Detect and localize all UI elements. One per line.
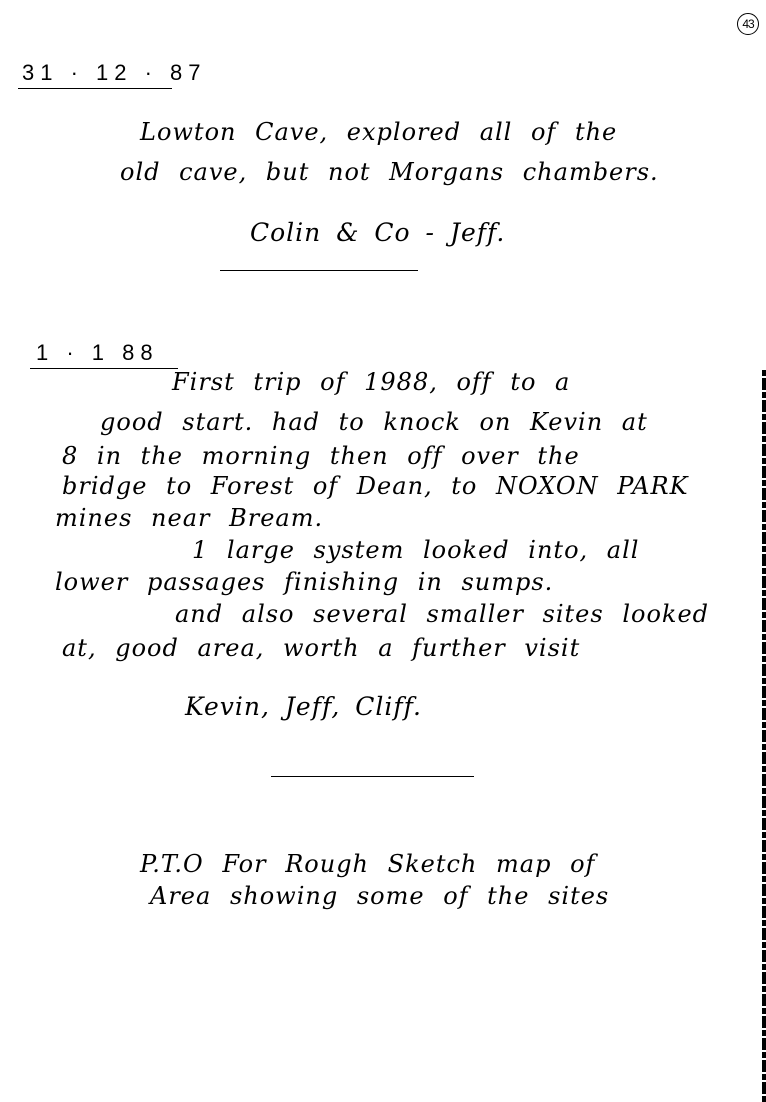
scan-page-edge [762, 370, 766, 1102]
entry-text-line: bridge to Forest of Dean, to NOXON PARK [62, 472, 689, 500]
entry-text-line: 1 large system looked into, all [192, 536, 639, 564]
entry-text-line: First trip of 1988, off to a [172, 368, 570, 396]
entry-date: 31 · 12 · 87 [18, 60, 172, 89]
pto-note-line: P.T.O For Rough Sketch map of [140, 850, 595, 878]
entry-text-line: 8 in the morning then off over the [62, 442, 580, 470]
divider-rule [220, 270, 418, 271]
entry-text-line: at, good area, worth a further visit [62, 634, 580, 662]
pto-note-line: Area showing some of the sites [150, 882, 609, 910]
entry-text-line: mines near Bream. [55, 504, 323, 532]
divider-rule [271, 776, 474, 777]
entry-date: 1 · 1 88 [30, 340, 178, 369]
entry-text-line: and also several smaller sites looked [175, 600, 709, 628]
entry-signature: Kevin, Jeff, Cliff. [185, 692, 422, 721]
entry-text-line: old cave, but not Morgans chambers. [120, 158, 659, 186]
entry-text-line: Lowton Cave, explored all of the [140, 118, 617, 146]
entry-signature: Colin & Co - Jeff. [250, 218, 505, 247]
entry-text-line: lower passages finishing in sumps. [55, 568, 553, 596]
page-number-circled: 43 [737, 13, 759, 35]
entry-text-line: good start. had to knock on Kevin at [100, 408, 648, 436]
